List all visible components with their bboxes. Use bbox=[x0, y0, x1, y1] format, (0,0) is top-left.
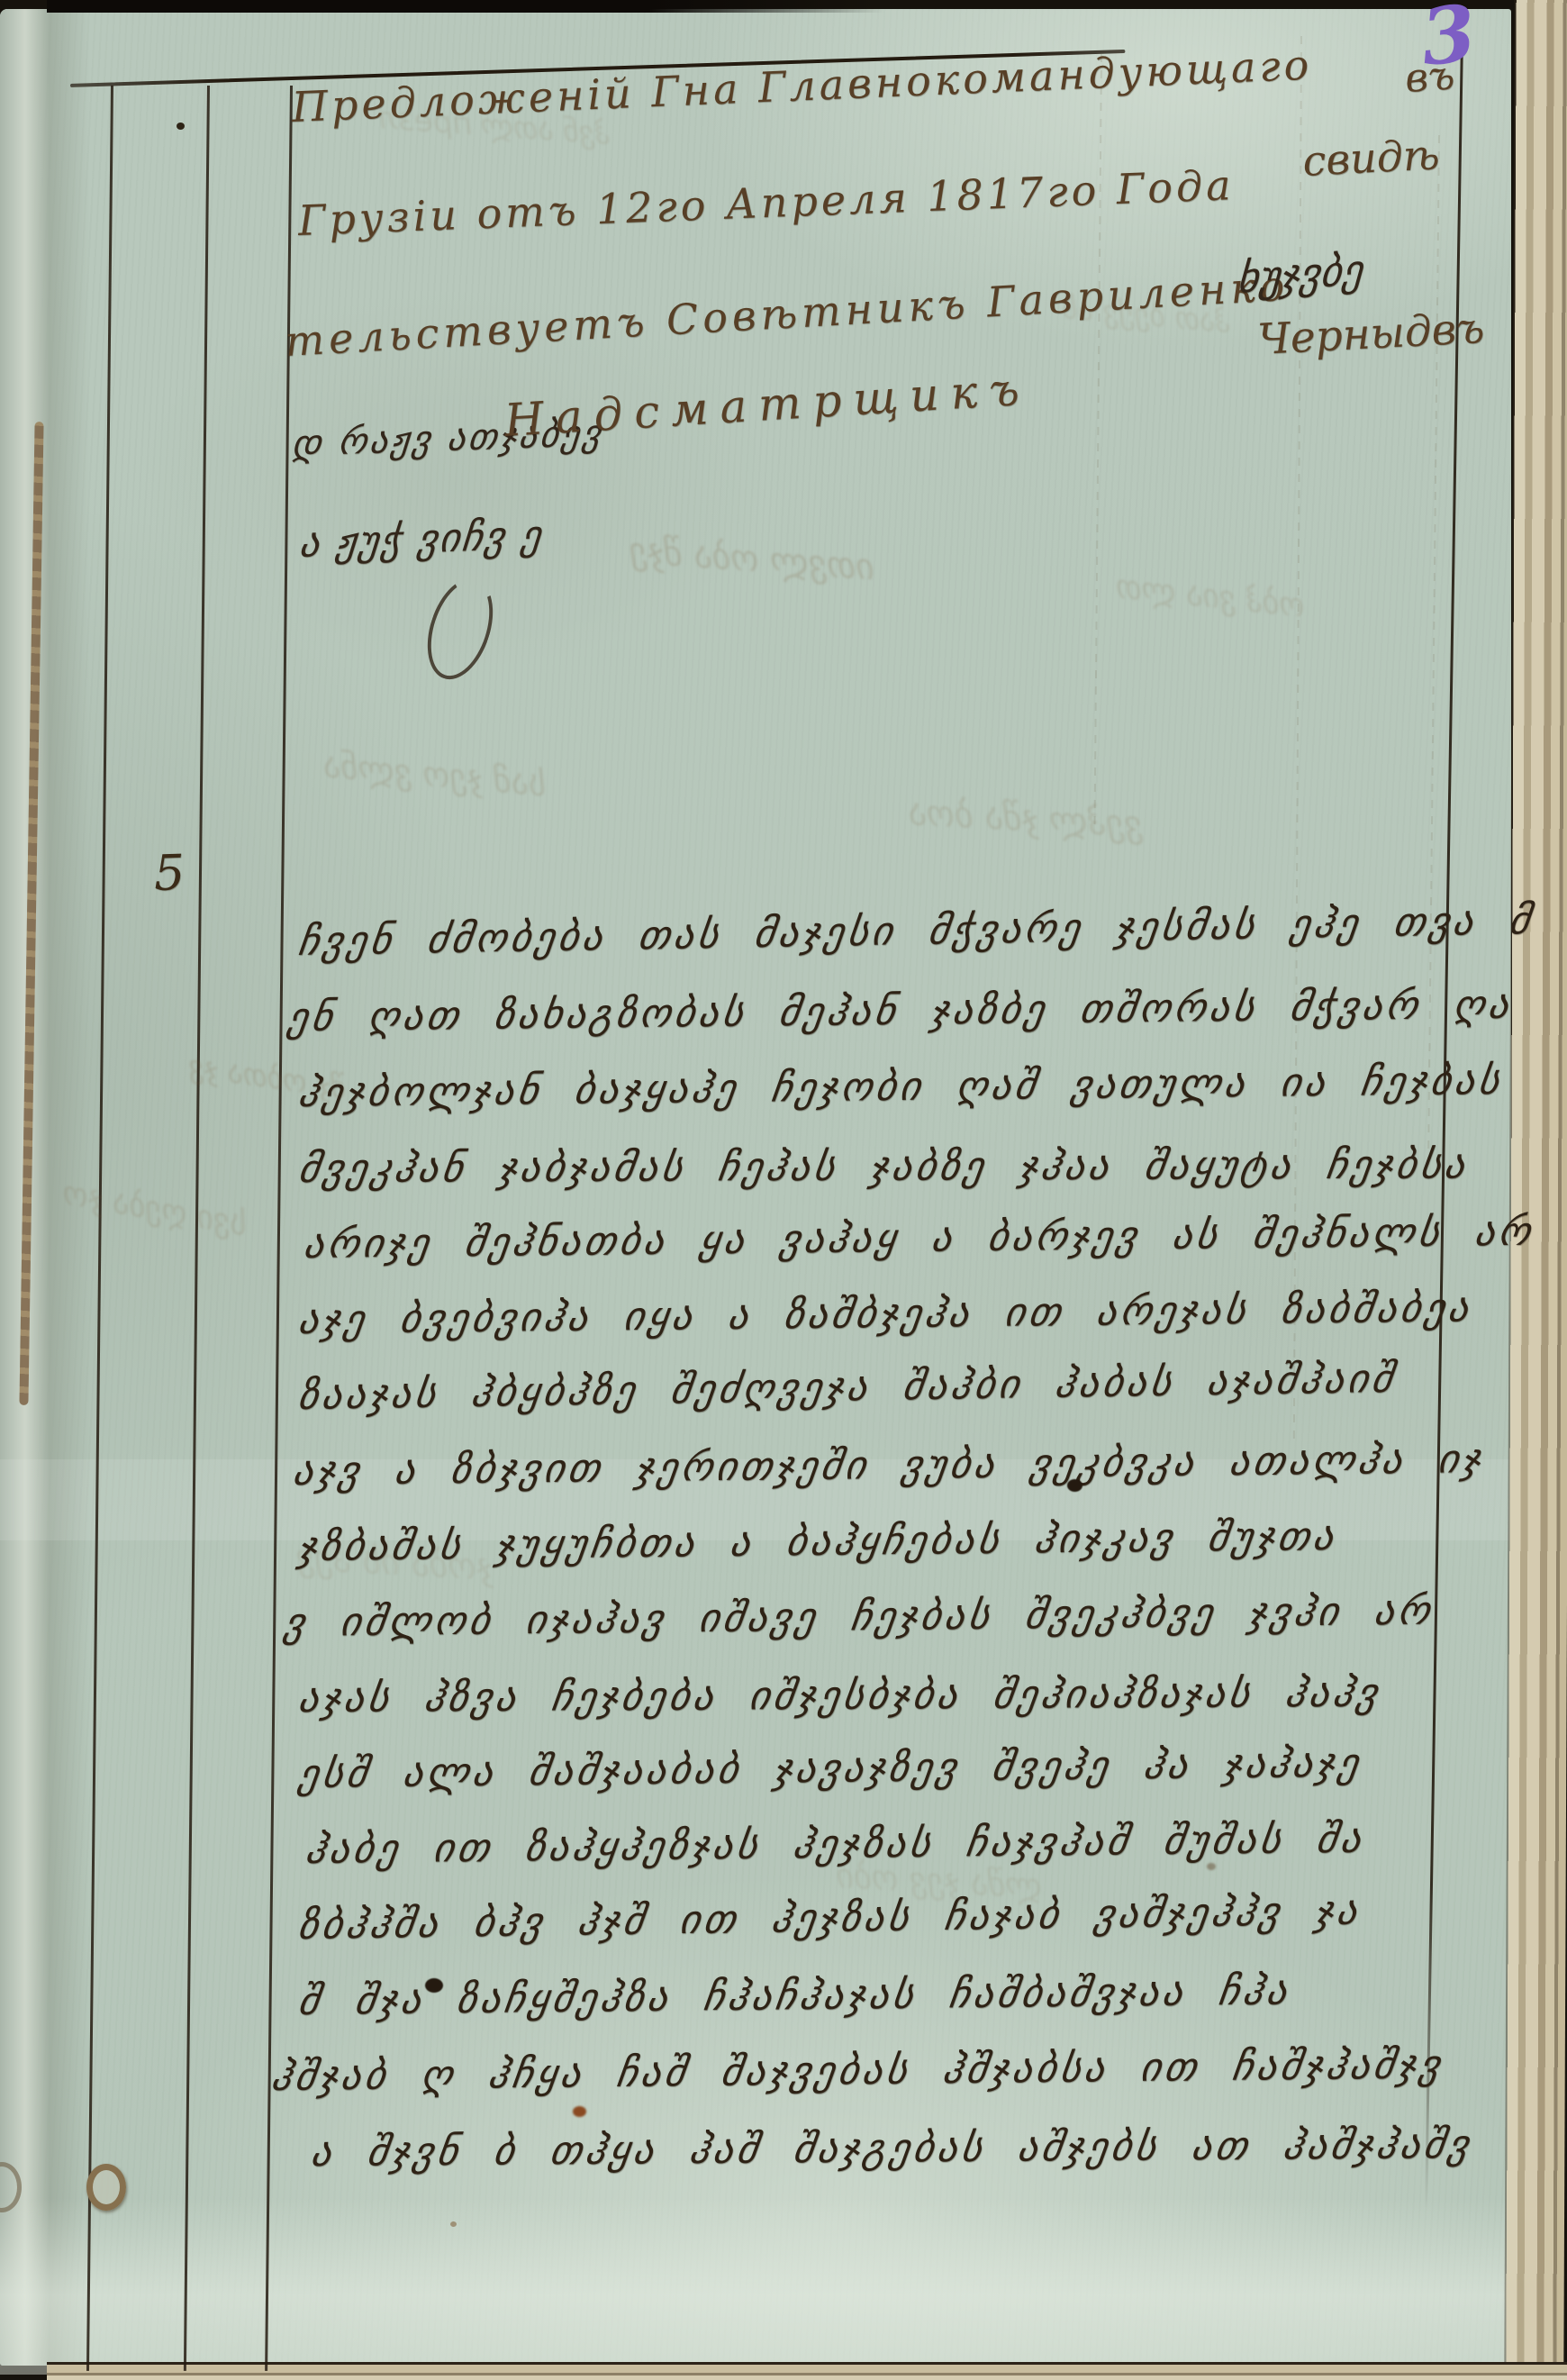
header-line3-end-georgian: ხუჯვბე bbox=[1236, 245, 1364, 303]
page-number-stamp: 3 bbox=[1417, 0, 1480, 84]
ink-dot bbox=[177, 123, 185, 130]
body-line: აჯას ჰზვა ჩეჯბება იშჯესბჯბა შეჰიაჰზაჯას … bbox=[295, 1670, 1384, 1721]
margin-entry-number: 5 bbox=[153, 844, 186, 902]
foxing-spot bbox=[450, 2221, 457, 2227]
header-line5-georgian: ა ჟუჭ ვიჩვ ე bbox=[297, 512, 545, 567]
manuscript-scan: ითვლ ობა შჯესამ ჯეო ვლნავეჰლ ჯშა ბოაობჰ … bbox=[0, 0, 1567, 2380]
foxing-spot bbox=[1207, 1863, 1216, 1870]
page-stack-edge-right bbox=[1504, 0, 1567, 2380]
page-gutter-shading bbox=[0, 9, 90, 2366]
ink-blot bbox=[1067, 1479, 1082, 1492]
stitch-hole bbox=[86, 2164, 126, 2211]
body-line: მვეკჰან ჯაბჯამას ჩეჰას ჯაბზე ჯჰაა შაყუტა… bbox=[295, 1141, 1472, 1192]
paper-sheen-band-bottom bbox=[0, 2198, 1511, 2375]
header-line2-end: свидѣ bbox=[1301, 130, 1441, 186]
rust-foxing-spot bbox=[573, 2106, 586, 2117]
body-line: ა შჯვნ ბ თჰყა ჰაშ შაჯგებას აშჯებს ათ ჰაშ… bbox=[308, 2121, 1476, 2176]
ink-blot bbox=[425, 1978, 443, 1993]
page-stack-edge-bottom bbox=[47, 2362, 1567, 2380]
scan-top-shadow bbox=[47, 0, 884, 13]
